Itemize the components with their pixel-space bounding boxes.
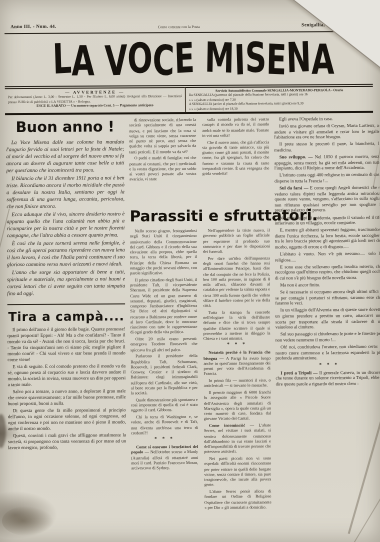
page-body: Buon anno ! La Voce Misena dalle sue col… [0, 113, 380, 542]
paragraph: Nei paesi piccoli non vi sono ospedali: … [204, 456, 271, 488]
paragraph: Il prete stesso le procurò il pane, la b… [274, 141, 380, 153]
paragraph: Chi la terra di Washington e, se volete,… [131, 414, 198, 435]
column-3-top: sulla comoda poltrona del vostro canapè:… [202, 117, 270, 205]
newspaper-page: Anno III. - Num. 44. Conto corrente con … [0, 0, 380, 542]
news-item-lead: I preti a Tripoli — [281, 370, 320, 375]
paragraph: L'anno che sorge sia apportatore di bene… [7, 270, 125, 298]
masthead-title: LAVOCEMISENA [53, 34, 335, 84]
article-buon-anno-title: Buon anno ! [6, 119, 124, 136]
column-2-top: di rinnovazione sociale, rifacendo la so… [129, 117, 197, 205]
paragraph: Il primo dell'anno è il giorno delle bug… [7, 327, 125, 363]
edition-date: Senigallia, 30 dicembre 1911. [301, 23, 366, 28]
paragraph: L'abate Serres pensò allora di fondare u… [204, 489, 271, 510]
avvertenze-block: — AVVERTENZE — Per abbonamenti (Anno L. … [5, 87, 185, 113]
topline: Anno III. - Num. 44. Conto corrente con … [0, 0, 379, 32]
paragraph: Ma non è ancor finito. [275, 282, 380, 288]
paragraph: E via di seguito. E col comodo pretesto … [8, 364, 126, 388]
paragraph: Tutta la stampa fu concorde nell'elogiar… [203, 309, 270, 341]
news-item: Come incominciò! — L'abate Serres, nel v… [204, 423, 271, 455]
paragraph: sulla comoda poltrona del vostro canapè:… [202, 117, 269, 138]
notice-band: — AVVERTENZE — Per abbonamenti (Anno L. … [5, 86, 373, 115]
postal-note: Conto corrente con la Posta [158, 25, 200, 29]
news-item-lead: Sul da farsi — [279, 185, 309, 190]
section-separator: * * * [203, 343, 270, 348]
paragraph: O padri e madri di famiglia; voi che pen… [129, 155, 196, 182]
paragraph: Nello scorso giugno, festeggiandosi negl… [130, 228, 197, 276]
news-item: Notatela perché è la Francia che bisogna… [203, 350, 270, 377]
paragraph: di rinnovazione sociale, rifacendo la so… [129, 117, 196, 154]
article-parassiti-title: Parassiti e sfruttatori. [130, 207, 270, 226]
paragraph: Parlarono il presidente della Repubblica… [131, 353, 198, 395]
section-separator: * * * [276, 363, 380, 369]
paragraph: Oh! noi, conchiudeva l'oratore, non chie… [275, 344, 380, 361]
paragraph: E sono esse che sollevano quella insolit… [275, 264, 380, 281]
paragraph: È così che la pace tornerà serena nelle … [7, 241, 125, 269]
section-separator: * * * [131, 437, 198, 442]
column-2-bottom: Nello scorso giugno, festeggiandosi negl… [130, 228, 199, 541]
column-1: Buon anno ! La Voce Misena dalle sue col… [6, 117, 127, 542]
issue-number: Anno III. - Num. 44. [10, 25, 56, 30]
newspaper-sheet: Anno III. - Num. 44. Conto corrente con … [0, 0, 380, 542]
news-item-text: L'abate Serres, nel visitare i suoi mala… [204, 423, 271, 455]
paragraph: Inviò una giovane orfana di Ceyran, Mari… [274, 123, 380, 140]
paragraph: E, mentre gli abitanti spaventati fuggon… [275, 227, 380, 250]
article-tira-a-campa: Tira a campà.... Il primo dell'anno è il… [7, 303, 126, 452]
news-item: Come si onorano i benefattori del popolo… [131, 444, 198, 471]
paragraph: Il premio maggiore di 6000 franchi fu as… [204, 390, 271, 422]
news-item: Sul da farsi — E come quegli Angeli dome… [274, 185, 380, 214]
paragraph: Di questa gente che fa mille proponiment… [8, 409, 126, 433]
middle-top-section: di rinnovazione sociale, rifacendo la so… [129, 117, 270, 206]
paragraph: Sul suo passaggio si chiudevano le porte… [275, 331, 380, 343]
paragraph: Oltre 20 mila erano presenti: emergeva T… [130, 336, 197, 352]
paragraph: Che il nuovo anno, che già s'affaccia si… [202, 139, 269, 176]
paragraph: L'istituto conta oggi 400 religiose in u… [274, 172, 380, 184]
paragraph: Nell'apprendere la triste nuova, il gove… [203, 228, 270, 255]
paragraph: Il primo cittadino degli Stati Uniti, il… [130, 277, 197, 335]
paragraph: Se è necessario si occupano ancora degli… [275, 289, 380, 306]
news-item: I preti a Tripoli — Il generale Caneva, … [276, 370, 380, 387]
paragraph: Questi, convinti i mali gravi che afflig… [8, 434, 126, 452]
bus-arrival-2: » » » (sabato e domenica) ore 18,30 [189, 106, 370, 112]
news-item: Suo sviluppo. — Nel 1850 il parroco mori… [274, 154, 380, 171]
column-4: Egli aveva l'Ospedale in casa. Inviò una… [274, 116, 380, 541]
news-item-lead: Suo sviluppo. — [279, 154, 315, 159]
bus-service-block: Servizio Automobilistico Comunale SENIGA… [185, 86, 373, 112]
article-tira-a-campa-title: Tira a campà.... [7, 303, 125, 324]
paragraph: Nei tristi tempi di epidemia, quando il … [275, 214, 380, 226]
paragraph: Ecco adunque che il vivo, sincero deside… [7, 211, 125, 239]
article-buon-anno: Buon anno ! La Voce Misena dalle sue col… [6, 119, 125, 298]
paragraph: Il bilancio che il 31 dicembre 1911 port… [6, 175, 124, 210]
middle-columns: di rinnovazione sociale, rifacendo la so… [129, 117, 272, 542]
paragraph: Quale dimostrazione più spontanea e così… [131, 397, 198, 413]
paragraph: In prima fila — muratori il viso, o anti… [204, 378, 271, 389]
paragraph: Salvo poi a tornare, a nuovo anno, a dep… [8, 389, 126, 407]
paragraph: In un villaggio dell'Alvernia una di que… [275, 307, 380, 330]
masthead: LAVOCEMISENA [0, 33, 379, 85]
paragraph: Egli aveva l'Ospedale in casa. [274, 116, 380, 122]
paragraph: Per dare un'idea dell'imponenza degli on… [203, 255, 270, 308]
paragraph: La Voce Misena dalle sue colonne ha mand… [6, 139, 124, 174]
middle-bottom-section: Nello scorso giugno, festeggiandosi negl… [130, 228, 272, 542]
paragraph: L'abitato è vuoto. Non v'è più nessuno..… [275, 251, 380, 263]
column-3-bottom: Nell'apprendere la triste nuova, il gove… [203, 228, 272, 541]
